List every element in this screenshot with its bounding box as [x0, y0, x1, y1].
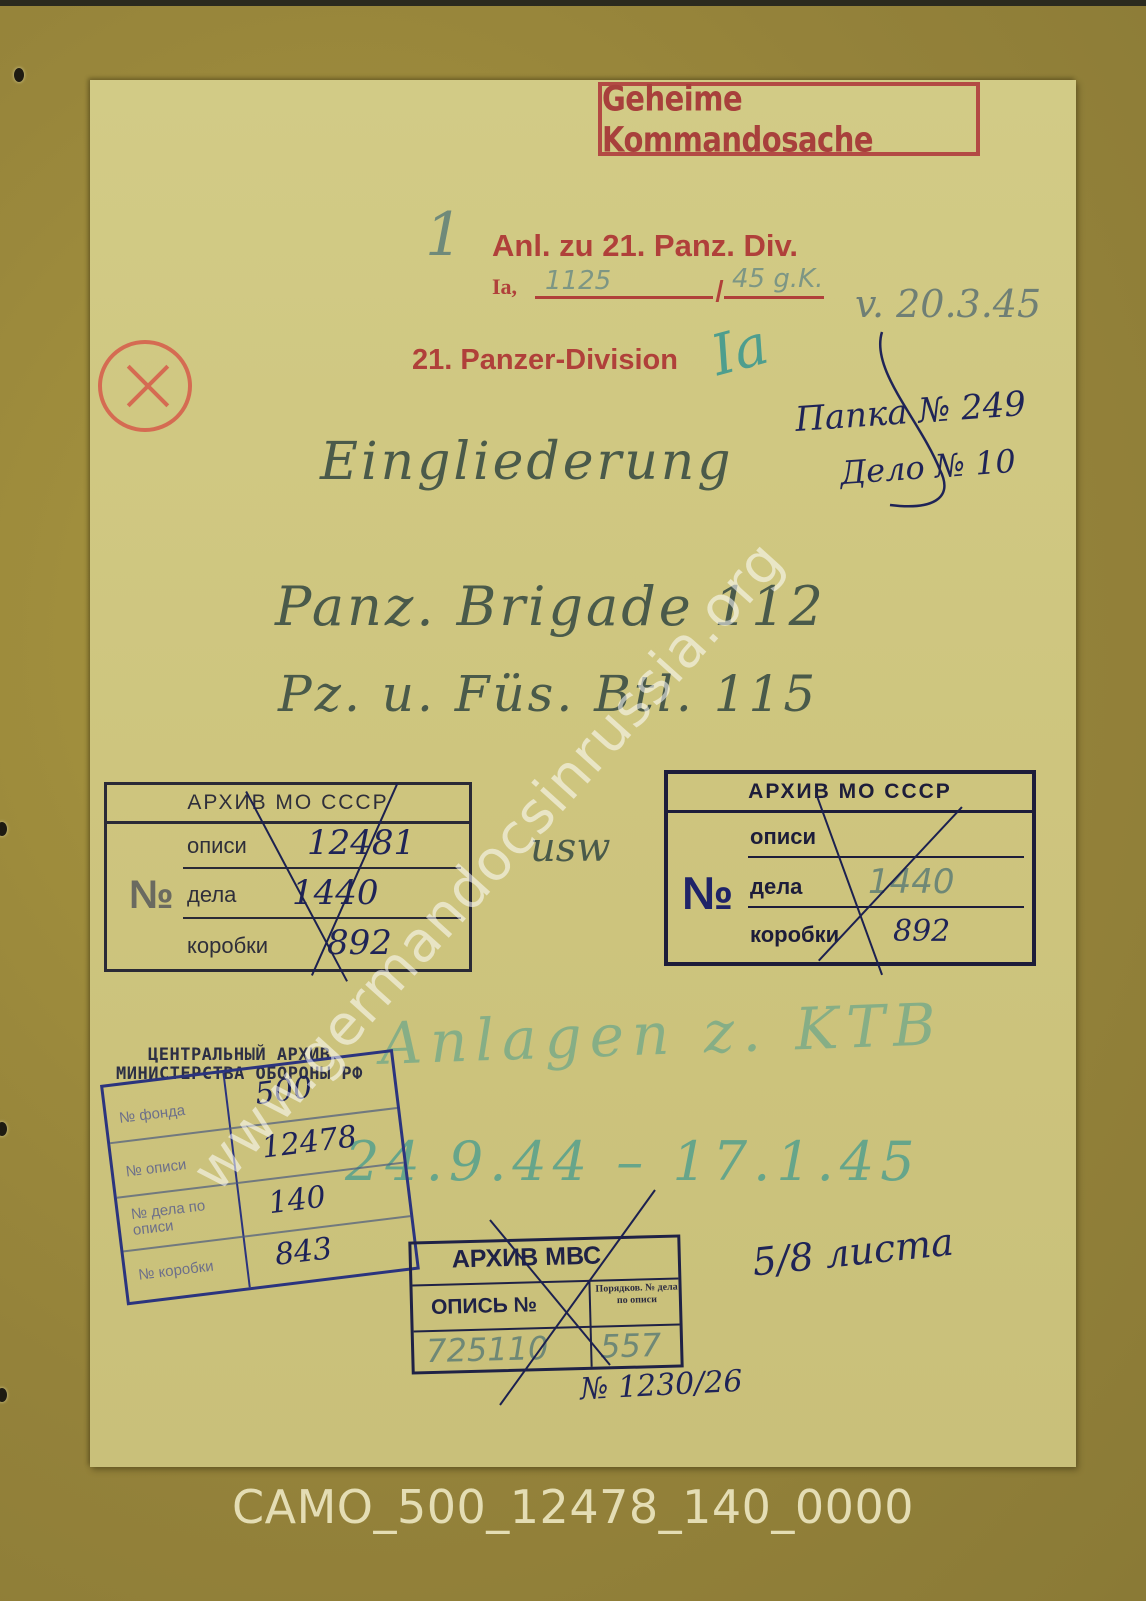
classification-stamp-text: Geheime Kommandosache: [602, 78, 976, 160]
ia-suffix: 45 g.K.: [732, 264, 823, 294]
row-value: 140: [267, 1179, 328, 1221]
row-label: № коробки: [137, 1258, 214, 1284]
anl-line: Anl. zu 21. Panz. Div.: [492, 228, 798, 264]
numero-sign: №: [129, 873, 174, 918]
ia-number: 1125: [545, 266, 611, 296]
ia-prefix: Ia,: [492, 274, 517, 300]
stamp-title: АРХИВ МО СССР: [668, 774, 1032, 813]
row-label: описи: [750, 824, 816, 850]
punch-hole: [0, 1122, 7, 1136]
row-label: № фонда: [118, 1102, 186, 1127]
handwritten-title-line3: Pz. u. Füs. Btl. 115: [278, 665, 818, 723]
division-stamp: 21. Panzer-Division: [412, 344, 678, 377]
ink-bracket-stroke: [860, 330, 980, 520]
row-rule: [183, 867, 461, 869]
archive-file-id: CAMO_500_12478_140_0000: [0, 1480, 1146, 1534]
numero-sign: №: [682, 866, 733, 920]
ia-underline: [724, 296, 824, 299]
row-value: 1440: [868, 862, 955, 902]
pencil-date: v. 20.3.45: [855, 282, 1041, 326]
row-rule: [748, 856, 1024, 858]
classification-stamp: Geheime Kommandosache: [598, 82, 980, 156]
row-label: коробки: [750, 922, 839, 948]
pencil-mark-left: 1: [425, 200, 463, 270]
row-value: 1440: [292, 873, 379, 913]
scan-top-edge: [0, 0, 1146, 6]
punch-hole: [14, 68, 24, 82]
row-label: № дела по описи: [130, 1195, 233, 1239]
row-label: № описи: [125, 1156, 188, 1180]
archive-mo-stamp-right: АРХИВ МО СССР № описи дела коробки 1440 …: [664, 770, 1036, 966]
row-label: коробки: [187, 933, 268, 959]
row-label: описи: [187, 833, 247, 859]
row-value: 843: [273, 1231, 334, 1273]
punch-hole: [0, 1388, 7, 1402]
row-rule: [748, 906, 1024, 908]
red-circle-x-mark: [98, 340, 192, 432]
punch-hole: [0, 822, 7, 836]
row-label: дела: [750, 874, 802, 900]
handwritten-title-line1: Eingliederung: [320, 432, 734, 492]
row-value: 892: [893, 914, 950, 949]
stamp-title: АРХИВ МО СССР: [107, 785, 469, 824]
row-value: 12481: [307, 823, 415, 863]
ia-underline: [535, 296, 713, 299]
row-label: дела: [187, 882, 236, 908]
